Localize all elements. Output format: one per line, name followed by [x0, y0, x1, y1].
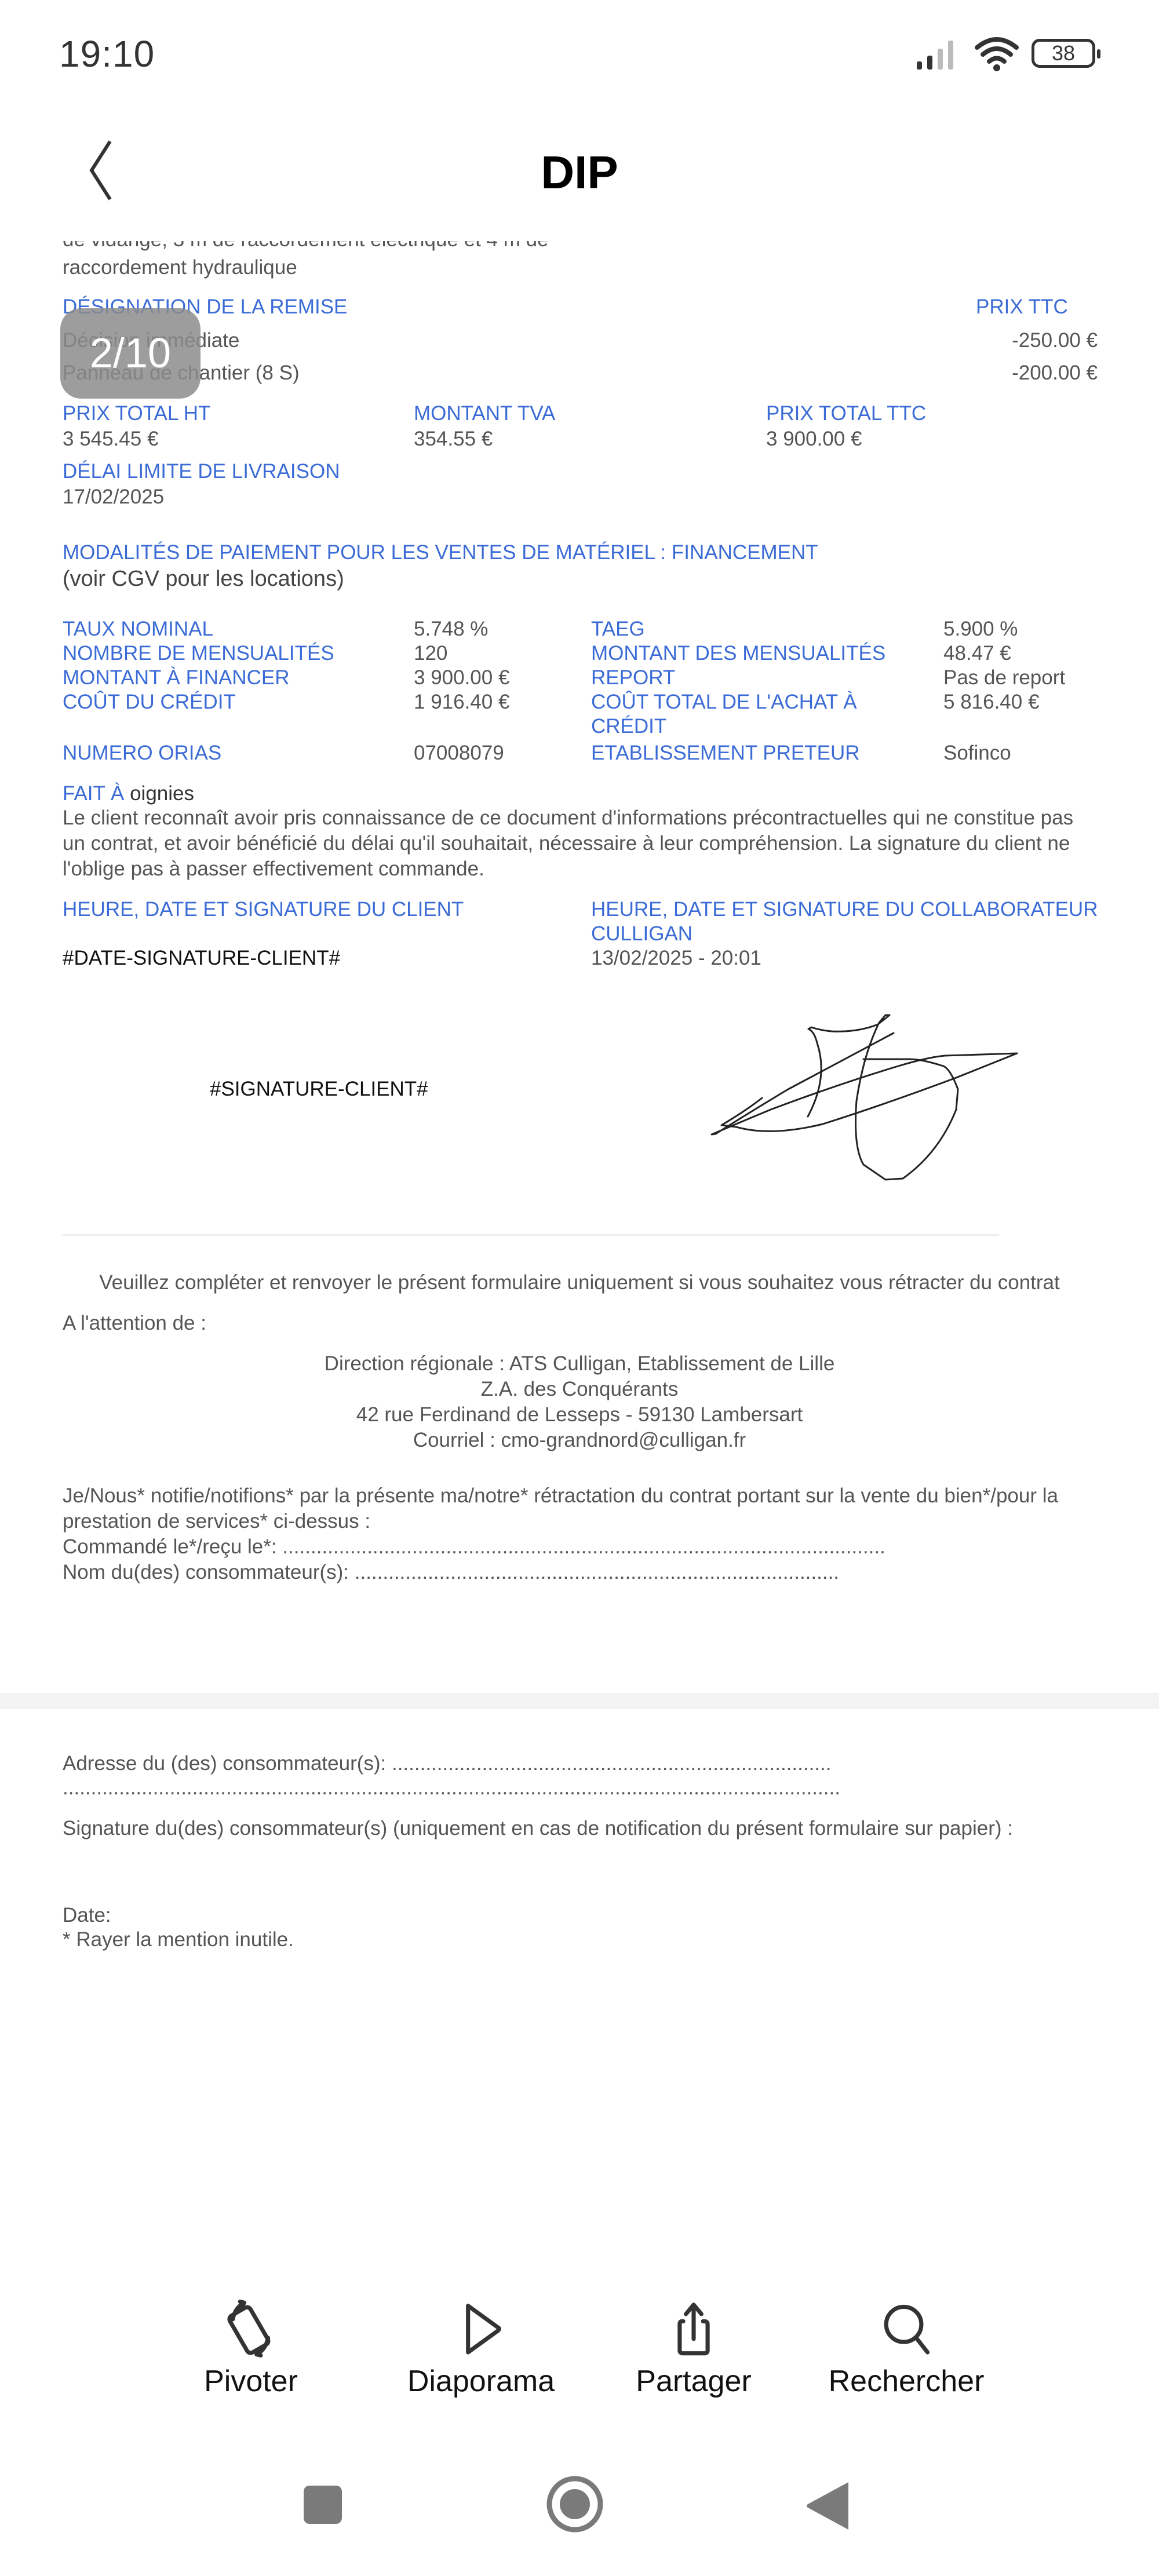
fin-label: ETABLISSEMENT PRETEUR	[591, 742, 860, 765]
fin-value: 5.900 %	[943, 618, 1018, 641]
home-icon	[549, 2479, 600, 2530]
fin-label: REPORT	[591, 666, 675, 689]
fin-label: MONTANT DES MENSUALITÉS	[591, 642, 885, 665]
total-ht-value: 3 545.45 €	[63, 428, 158, 451]
triangle-back-icon	[807, 2482, 848, 2530]
battery-icon: 38	[1032, 39, 1095, 68]
fin-label: NOMBRE DE MENSUALITÉS	[63, 642, 334, 665]
rotate-button[interactable]: Pivoter	[170, 2294, 332, 2399]
search-button[interactable]: Rechercher	[825, 2294, 987, 2399]
consumer-address-field-cont: ........................................…	[63, 1775, 840, 1801]
description-line: de vidange, 3 m de raccordement électriq…	[63, 227, 549, 253]
nav-back-button[interactable]	[804, 2480, 851, 2532]
truncated-description: de vidange, 3 m de raccordement électriq…	[63, 227, 549, 253]
acknowledgement-text: Le client reconnaît avoir pris connaissa…	[63, 805, 1073, 882]
address-line: Z.A. des Conquérants	[0, 1377, 1159, 1402]
collab-signature-label: HEURE, DATE ET SIGNATURE DU COLLABORATEU…	[591, 898, 1098, 921]
date-label: Date:	[63, 1903, 111, 1928]
signal-icon	[916, 36, 962, 71]
fin-label: COÛT DU CRÉDIT	[63, 691, 236, 714]
status-time: 19:10	[59, 32, 155, 75]
fait-a-label: FAIT À	[63, 782, 124, 805]
address-line: 42 rue Ferdinand de Lesseps - 59130 Lamb…	[0, 1402, 1159, 1428]
discount-row-price: -250.00 €	[1012, 329, 1098, 352]
total-ht-label: PRIX TOTAL HT	[63, 402, 210, 425]
total-ttc-label: PRIX TOTAL TTC	[766, 402, 926, 425]
share-icon	[656, 2294, 731, 2362]
fin-value: Pas de report	[943, 666, 1065, 689]
rotate-label: Pivoter	[204, 2364, 298, 2399]
fin-value: 120	[414, 642, 447, 665]
share-label: Partager	[636, 2364, 751, 2399]
play-icon	[443, 2294, 519, 2362]
search-label: Rechercher	[829, 2364, 985, 2399]
attention-label: A l'attention de :	[63, 1311, 206, 1336]
consumer-address-field: Adresse du (des) consommateur(s): ......…	[63, 1751, 831, 1776]
page-separator	[0, 1693, 1159, 1709]
fin-label: COÛT TOTAL DE L'ACHAT À	[591, 691, 857, 714]
fin-value: 5.748 %	[414, 618, 488, 641]
recents-button[interactable]	[301, 2483, 344, 2526]
notice-line: Je/Nous* notifie/notifions* par la prése…	[63, 1483, 1058, 1509]
consumer-signature-label: Signature du(des) consommateur(s) (uniqu…	[63, 1816, 1013, 1841]
delivery-value: 17/02/2025	[63, 486, 164, 509]
slideshow-label: Diaporama	[407, 2364, 555, 2399]
recents-icon	[304, 2486, 342, 2524]
search-icon	[869, 2294, 944, 2362]
fin-label: MONTANT À FINANCER	[63, 666, 290, 689]
client-signature-label: HEURE, DATE ET SIGNATURE DU CLIENT	[63, 898, 464, 921]
battery-level: 38	[1052, 41, 1075, 65]
fin-value: 48.47 €	[943, 642, 1011, 665]
page-title: DIP	[0, 146, 1159, 199]
page-counter-badge: 2/10	[60, 308, 201, 399]
address-line: Direction régionale : ATS Culligan, Etab…	[0, 1351, 1159, 1377]
fin-label-cont: CRÉDIT	[591, 715, 666, 738]
notice-line: prestation de services* ci-dessus :	[63, 1509, 1058, 1534]
fin-value: Sofinco	[943, 742, 1011, 765]
address-email: Courriel : cmo-grandnord@culligan.fr	[0, 1428, 1159, 1453]
status-icons: 38	[916, 36, 1095, 71]
collab-signature-label-cont: CULLIGAN	[591, 922, 693, 946]
home-button[interactable]	[546, 2475, 604, 2533]
collab-signature-date: 13/02/2025 - 20:01	[591, 947, 761, 970]
ack-line: Le client reconnaît avoir pris connaissa…	[63, 805, 1073, 831]
wifi-icon	[974, 35, 1020, 72]
total-ttc-value: 3 900.00 €	[766, 428, 862, 451]
consumer-name-field: Nom du(des) consommateur(s): ...........…	[63, 1560, 1058, 1585]
company-address: Direction régionale : ATS Culligan, Etab…	[0, 1351, 1159, 1453]
discount-row-price: -200.00 €	[1012, 362, 1098, 385]
rotate-icon	[213, 2294, 289, 2362]
section-divider	[63, 1234, 999, 1236]
fin-value: 07008079	[414, 742, 504, 765]
fait-a: FAIT À oignies	[63, 782, 194, 805]
order-date-field: Commandé le*/reçu le*: .................…	[63, 1534, 1058, 1560]
ack-line: un contrat, et avoir bénéficié du délai …	[63, 831, 1073, 856]
slideshow-button[interactable]: Diaporama	[400, 2294, 562, 2399]
discount-header-price: PRIX TTC	[976, 295, 1068, 319]
tva-label: MONTANT TVA	[414, 402, 555, 425]
client-signature-placeholder: #SIGNATURE-CLIENT#	[210, 1078, 428, 1101]
fin-label: NUMERO ORIAS	[63, 742, 221, 765]
ack-line: l'oblige pas à passer effectivement comm…	[63, 856, 1073, 882]
client-signature-date: #DATE-SIGNATURE-CLIENT#	[63, 947, 340, 970]
delivery-label: DÉLAI LIMITE DE LIVRAISON	[63, 460, 340, 483]
fin-label: TAUX NOMINAL	[63, 618, 213, 641]
fin-value: 3 900.00 €	[414, 666, 509, 689]
fait-a-value: oignies	[130, 782, 194, 805]
fin-label: TAEG	[591, 618, 645, 641]
footnote: * Rayer la mention inutile.	[63, 1927, 294, 1953]
fin-value: 5 816.40 €	[943, 691, 1039, 714]
retractation-intro: Veuillez compléter et renvoyer le présen…	[0, 1270, 1159, 1296]
tva-value: 354.55 €	[414, 428, 493, 451]
description-line: raccordement hydraulique	[63, 255, 297, 280]
payment-subtitle: (voir CGV pour les locations)	[63, 567, 344, 592]
share-button[interactable]: Partager	[613, 2294, 775, 2399]
retractation-notice: Je/Nous* notifie/notifions* par la prése…	[63, 1483, 1058, 1585]
collaborator-signature-image	[666, 985, 1043, 1188]
payment-title: MODALITÉS DE PAIEMENT POUR LES VENTES DE…	[63, 541, 818, 564]
fin-value: 1 916.40 €	[414, 691, 509, 714]
